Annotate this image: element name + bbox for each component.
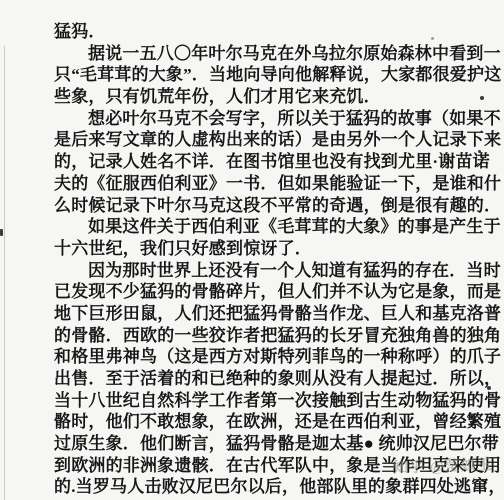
text-line: 十六世纪，我们只好感到惊讶了．: [54, 238, 466, 260]
text-line: 和格里弗神鸟（这是西方对斯特列菲鸟的一种称呼）的爪子: [54, 346, 466, 368]
text-line: 是后来写文章的人虚构出来的话）是由另外一个人记录下来: [54, 129, 466, 151]
scan-speck: [480, 96, 484, 100]
text-line: 夫的《征服西伯利亚》一书．但如果能验证一下，是谁和什: [54, 173, 466, 195]
text-line: 的骨骼．西欧的一些狡诈者把猛犸的长牙冒充独角兽的独角: [54, 325, 466, 347]
scan-speck: [473, 361, 475, 363]
text-line: 的.当罗马人击败汉尼巴尔以后，他部队里的象群四处逃窜，: [54, 476, 466, 498]
text-line: 据说一五八〇年叶尔马克在外乌拉尔原始森林中看到一: [54, 43, 466, 65]
text-line: 猛犸．: [54, 21, 466, 43]
text-block: 猛犸．据说一五八〇年叶尔马克在外乌拉尔原始森林中看到一只“毛茸茸的大象”．当地向…: [54, 21, 466, 498]
text-line: 的，记录人姓名不详．在图书馆里也没有找到尤里·谢苗诺: [54, 151, 466, 173]
text-line: 些象，只有饥荒年份，人们才用它来充饥．: [54, 86, 466, 108]
text-line: 过原生象．他们断言，猛犸骨骼是迦太基● 统帅汉尼巴尔带: [54, 433, 466, 455]
text-line: 出售．至于活着的和已绝种的象则从没有人提起过．所以，: [54, 368, 466, 390]
text-line: 因为那时世界上还没有一个人知道有猛犸的存在．当时: [54, 260, 466, 282]
scan-speck: [484, 445, 487, 448]
scan-speck: [478, 150, 481, 153]
scan-speck: [487, 386, 491, 390]
text-line: 已发现不少猛犸的骨骼碎片，但人们并不认为它是象，而是: [54, 281, 466, 303]
watermark: 知乎 @莹如玉: [393, 453, 493, 477]
text-line: 只“毛茸茸的大象”．当地向导向他解释说，大家都很爱护这: [54, 64, 466, 86]
text-line: 么时候记录下叶尔马克这段不平常的奇遇，倒是很有趣的．: [54, 195, 466, 217]
scanned-book-page: { "page": { "background_color": "#f6f6f4…: [0, 0, 504, 500]
scan-speck: [431, 37, 434, 40]
scan-speck: [0, 229, 3, 236]
text-line: 当十八世纪自然科学工作者第一次接触到古生动物猛犸的骨: [54, 390, 466, 412]
text-line: 骼时，他们不敢想象，在欧洲，还是在西伯利亚，曾经繁殖: [54, 411, 466, 433]
text-line: 想必叶尔马克不会写字，所以关于猛犸的故事（如果不: [54, 108, 466, 130]
text-line: 如果这件关于西伯利亚《毛茸茸的大象》的事是产生于: [54, 216, 466, 238]
page-edge-line: [4, 46, 5, 500]
text-line: 地下巨形田鼠，人们还把猛犸骨骼当作龙、巨人和基克洛普: [54, 303, 466, 325]
